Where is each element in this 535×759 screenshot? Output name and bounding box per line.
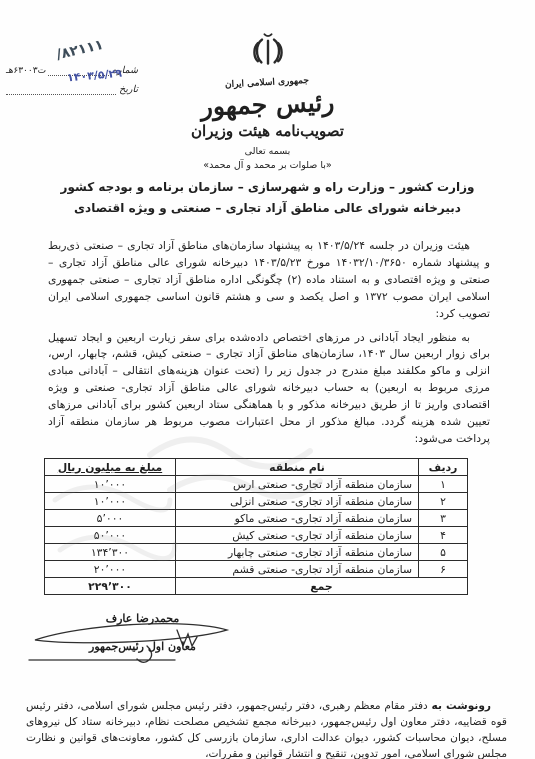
region-name: سازمان منطقه آزاد تجاری- صنعتی کیش	[176, 527, 419, 544]
iran-emblem-icon	[250, 31, 286, 71]
distribution-label: رونوشت به	[432, 700, 491, 712]
date-dotted-line	[6, 83, 116, 95]
signer-title: معاون اول رئیس‌جمهور	[55, 640, 230, 653]
document-type-title: تصویب‌نامه هیئت وزیران	[0, 123, 535, 140]
table-row: ۵ سازمان منطقه آزاد تجاری- صنعتی چابهار …	[45, 544, 468, 561]
salawat: «با صلوات بر محمد و آل محمد»	[0, 160, 535, 171]
table-row: ۳ سازمان منطقه آزاد تجاری- صنعتی ماکو ۵٬…	[45, 510, 468, 527]
amount-value: ۱۳۴٬۳۰۰	[45, 544, 176, 561]
printed-file-number: ت۶۳۰۰۳هـ	[6, 66, 48, 76]
distribution-note: رونوشت به دفتر مقام معظم رهبری، دفتر رئی…	[26, 698, 507, 759]
cabinet-resolution-document: جمهوری اسلامی ایران رئیس جمهور تصویب‌نام…	[0, 0, 535, 759]
amount-value: ۱۰٬۰۰۰	[45, 493, 176, 510]
header-amount: مبلغ به میلیون ریال	[45, 459, 176, 476]
row-number: ۵	[419, 544, 468, 561]
amount-value: ۱۰٬۰۰۰	[45, 476, 176, 493]
amount-value: ۵۰٬۰۰۰	[45, 527, 176, 544]
date-row: ۱۴۰۳/۵/۲۹ تاریخ	[6, 76, 138, 95]
amount-value: ۵٬۰۰۰	[45, 510, 176, 527]
region-name: سازمان منطقه آزاد تجاری- صنعتی ماکو	[176, 510, 419, 527]
table-header-row: ردیف نام منطقه مبلغ به میلیون ریال	[45, 459, 468, 476]
table-total-row: جمع ۲۲۹٬۳۰۰	[45, 578, 468, 595]
row-number: ۴	[419, 527, 468, 544]
body-paragraph-1: هیئت وزیران در جلسه ۱۴۰۳/۵/۲۴ به پیشنهاد…	[48, 238, 490, 323]
amount-value: ۲۰٬۰۰۰	[45, 561, 176, 578]
table-row: ۶ سازمان منطقه آزاد تجاری- صنعتی قشم ۲۰٬…	[45, 561, 468, 578]
region-name: سازمان منطقه آزاد تجاری- صنعتی چابهار	[176, 544, 419, 561]
addressee-line-2: دبیرخانه شورای عالی مناطق آزاد تجاری – ص…	[0, 201, 535, 215]
allocations-table: ردیف نام منطقه مبلغ به میلیون ریال ۱ ساز…	[44, 458, 468, 595]
region-name: سازمان منطقه آزاد تجاری- صنعتی ارس	[176, 476, 419, 493]
total-label: جمع	[176, 578, 468, 595]
header-row-number: ردیف	[419, 459, 468, 476]
bismillah: بسمه تعالی	[0, 146, 535, 157]
table-row: ۴ سازمان منطقه آزاد تجاری- صنعتی کیش ۵۰٬…	[45, 527, 468, 544]
date-label: تاریخ	[116, 84, 138, 95]
addressee-line-1: وزارت کشور – وزارت راه و شهرسازی – سازما…	[0, 180, 535, 194]
region-name: سازمان منطقه آزاد تجاری- صنعتی قشم	[176, 561, 419, 578]
signature-block: محمدرضا عارف معاون اول رئیس‌جمهور	[55, 612, 230, 653]
reference-block: ۸۲۱۱۱/ شماره ت۶۳۰۰۳هـ ۱۴۰۳/۵/۲۹ تاریخ	[6, 57, 138, 95]
region-name: سازمان منطقه آزاد تجاری- صنعتی انزلی	[176, 493, 419, 510]
total-amount: ۲۲۹٬۳۰۰	[45, 578, 176, 595]
header-region-name: نام منطقه	[176, 459, 419, 476]
table-row: ۱ سازمان منطقه آزاد تجاری- صنعتی ارس ۱۰٬…	[45, 476, 468, 493]
row-number: ۳	[419, 510, 468, 527]
body-paragraph-2: به منظور ایجاد آبادانی در مرزهای اختصاص …	[48, 330, 490, 448]
signer-name: محمدرضا عارف	[55, 612, 230, 625]
row-number: ۲	[419, 493, 468, 510]
resolution-body: هیئت وزیران در جلسه ۱۴۰۳/۵/۲۴ به پیشنهاد…	[48, 238, 490, 455]
row-number: ۶	[419, 561, 468, 578]
row-number: ۱	[419, 476, 468, 493]
table-row: ۲ سازمان منطقه آزاد تجاری- صنعتی انزلی ۱…	[45, 493, 468, 510]
